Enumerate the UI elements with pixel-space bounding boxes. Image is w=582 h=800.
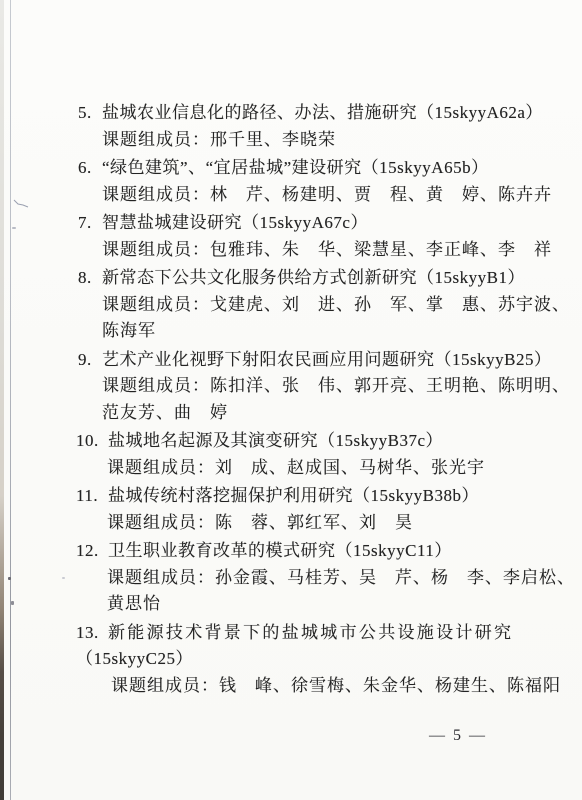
members-label: 课题组成员： (107, 458, 215, 477)
project-title: 盐城农业信息化的路径、办法、措施研究（15skyyA62a） (102, 103, 543, 122)
members-names: 陈 蓉、郭红军、刘 昊 (215, 513, 413, 532)
members-names: 范友芳、曲 婷 (102, 403, 228, 422)
project-title: 新能源技术背景下的盐城城市公共设施设计研究 (108, 623, 513, 642)
project-item-9: 9.艺术产业化视野下射阳农民画应用问题研究（15skyyB25） 课题组成员：陈… (0, 347, 582, 427)
item-number: 5. (78, 100, 102, 127)
project-item-7: 7.智慧盐城建设研究（15skyyA67c） 课题组成员：包雅玮、朱 华、梁慧星… (0, 210, 582, 263)
members-label: 课题组成员： (107, 513, 215, 532)
project-title-line: 11.盐城传统村落挖掘保护利用研究（15skyyB38b） (0, 483, 582, 510)
members-names: 黄思怡 (107, 594, 161, 613)
members-names: 钱 峰、徐雪梅、朱金华、杨建生、陈福阳 (219, 676, 561, 695)
project-members-line: 课题组成员：陈扣洋、张 伟、郭开亮、王明艳、陈明明、 (0, 373, 582, 400)
project-item-10: 10.盐城地名起源及其演变研究（15skyyB37c） 课题组成员：刘 成、赵成… (0, 428, 582, 481)
members-names: 刘 成、赵成国、马树华、张光宇 (215, 458, 485, 477)
project-members-line: 课题组成员：戈建虎、刘 进、孙 军、掌 惠、苏宇波、 (0, 292, 582, 319)
item-number: 6. (78, 155, 102, 182)
project-members-line: 课题组成员：林 芹、杨建明、贾 程、黄 婷、陈卉卉 (0, 182, 582, 209)
project-title: 卫生职业教育改革的模式研究（15skyyC11） (108, 541, 452, 560)
project-title: 盐城传统村落挖掘保护利用研究（15skyyB38b） (108, 486, 479, 505)
project-members-line: 课题组成员：包雅玮、朱 华、梁慧星、李正峰、李 祥 (0, 237, 582, 264)
project-title: 新常态下公共文化服务供给方式创新研究（15skyyB1） (102, 268, 525, 287)
project-item-13: 13.新能源技术背景下的盐城城市公共设施设计研究 （15skyyC25） 课题组… (0, 620, 582, 700)
project-members-line: 课题组成员：邢千里、李晓荣 (0, 127, 582, 154)
project-title: 智慧盐城建设研究（15skyyA67c） (102, 213, 368, 232)
project-members-continuation: 陈海军 (0, 318, 582, 345)
members-label: 课题组成员： (111, 676, 219, 695)
project-members-line: 课题组成员：陈 蓉、郭红军、刘 昊 (0, 510, 582, 537)
item-number: 8. (78, 265, 102, 292)
project-title-line: 12.卫生职业教育改革的模式研究（15skyyC11） (0, 538, 582, 565)
members-names: 包雅玮、朱 华、梁慧星、李正峰、李 祥 (210, 240, 552, 259)
members-names: 陈扣洋、张 伟、郭开亮、王明艳、陈明明、 (210, 376, 570, 395)
project-members-line: 课题组成员：孙金霞、马桂芳、吴 芹、杨 李、李启松、 (0, 565, 582, 592)
members-names: 孙金霞、马桂芳、吴 芹、杨 李、李启松、 (215, 568, 575, 587)
project-title: 艺术产业化视野下射阳农民画应用问题研究（15skyyB25） (102, 350, 551, 369)
project-code: （15skyyC25） (76, 649, 193, 668)
item-number: 7. (78, 210, 102, 237)
item-number: 11. (76, 483, 108, 510)
members-label: 课题组成员： (107, 568, 215, 587)
project-members-continuation: 黄思怡 (0, 591, 582, 618)
item-number: 12. (76, 538, 108, 565)
project-item-5: 5.盐城农业信息化的路径、办法、措施研究（15skyyA62a） 课题组成员：邢… (0, 100, 582, 153)
project-title-line: 13.新能源技术背景下的盐城城市公共设施设计研究 (0, 620, 582, 647)
members-label: 课题组成员： (102, 376, 210, 395)
members-label: 课题组成员： (102, 185, 210, 204)
project-title-line: 5.盐城农业信息化的路径、办法、措施研究（15skyyA62a） (0, 100, 582, 127)
members-names: 戈建虎、刘 进、孙 军、掌 惠、苏宇波、 (210, 295, 570, 314)
project-title-line: 10.盐城地名起源及其演变研究（15skyyB37c） (0, 428, 582, 455)
project-item-8: 8.新常态下公共文化服务供给方式创新研究（15skyyB1） 课题组成员：戈建虎… (0, 265, 582, 345)
members-label: 课题组成员： (102, 130, 210, 149)
project-title-line: 6.“绿色建筑”、“宜居盐城”建设研究（15skyyA65b） (0, 155, 582, 182)
project-members-line: 课题组成员：钱 峰、徐雪梅、朱金华、杨建生、陈福阳 (0, 673, 582, 700)
scanned-document-page: 5.盐城农业信息化的路径、办法、措施研究（15skyyA62a） 课题组成员：邢… (0, 0, 582, 800)
members-label: 课题组成员： (102, 240, 210, 259)
item-number: 10. (76, 428, 108, 455)
members-names: 邢千里、李晓荣 (210, 130, 336, 149)
project-title: 盐城地名起源及其演变研究（15skyyB37c） (108, 431, 443, 450)
project-item-12: 12.卫生职业教育改革的模式研究（15skyyC11） 课题组成员：孙金霞、马桂… (0, 538, 582, 618)
members-names: 林 芹、杨建明、贾 程、黄 婷、陈卉卉 (210, 185, 552, 204)
project-title-line: 9.艺术产业化视野下射阳农民画应用问题研究（15skyyB25） (0, 347, 582, 374)
project-title: “绿色建筑”、“宜居盐城”建设研究（15skyyA65b） (102, 158, 489, 177)
item-number: 9. (78, 347, 102, 374)
item-number: 13. (76, 620, 108, 647)
project-members-continuation: 范友芳、曲 婷 (0, 400, 582, 427)
members-label: 课题组成员： (102, 295, 210, 314)
page-number: — 5 — (0, 723, 582, 750)
document-body: 5.盐城农业信息化的路径、办法、措施研究（15skyyA62a） 课题组成员：邢… (0, 100, 582, 750)
project-item-6: 6.“绿色建筑”、“宜居盐城”建设研究（15skyyA65b） 课题组成员：林 … (0, 155, 582, 208)
project-item-11: 11.盐城传统村落挖掘保护利用研究（15skyyB38b） 课题组成员：陈 蓉、… (0, 483, 582, 536)
project-members-line: 课题组成员：刘 成、赵成国、马树华、张光宇 (0, 455, 582, 482)
members-names: 陈海军 (102, 321, 156, 340)
project-title-line: 7.智慧盐城建设研究（15skyyA67c） (0, 210, 582, 237)
project-title-line: 8.新常态下公共文化服务供给方式创新研究（15skyyB1） (0, 265, 582, 292)
project-code-line: （15skyyC25） (0, 646, 582, 673)
